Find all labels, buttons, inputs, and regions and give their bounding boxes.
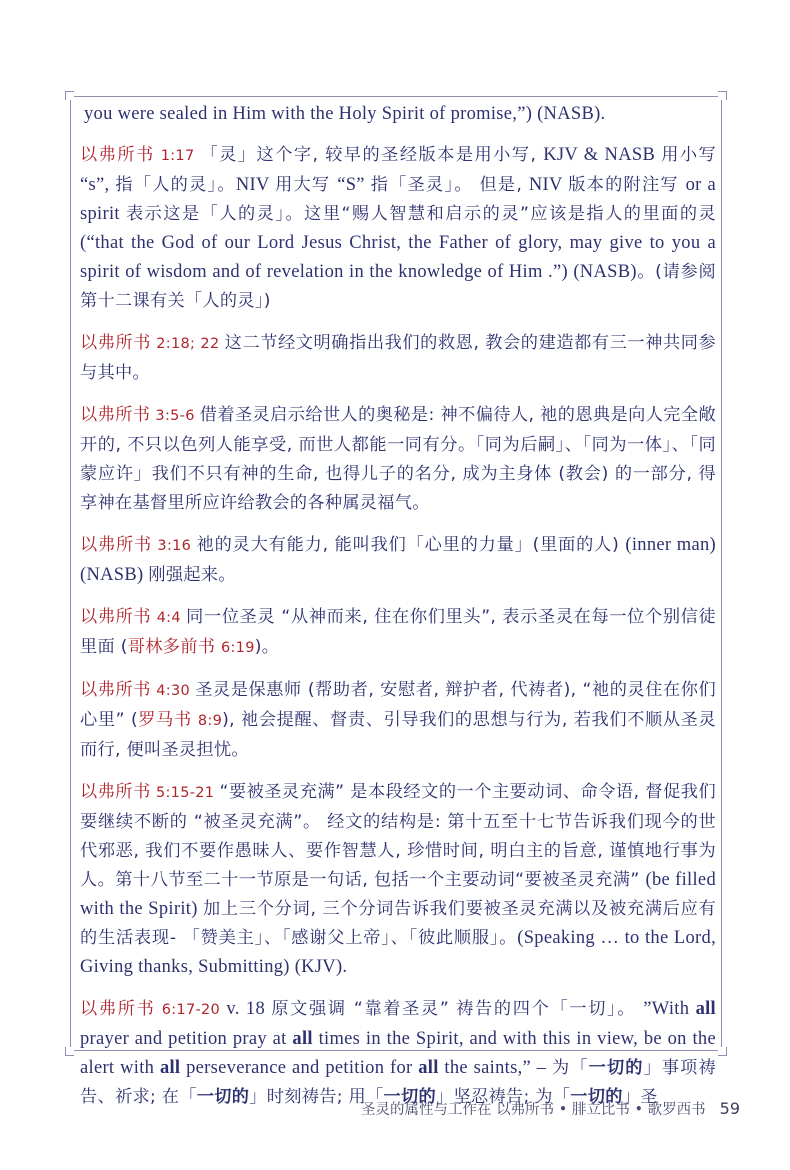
frame-corner-ornament: [718, 1047, 727, 1056]
chinese-text: 用大写: [275, 175, 337, 195]
chinese-text: 刚强起来。: [148, 565, 235, 585]
continuation-text: you were sealed in Him with the Holy Spi…: [80, 100, 716, 129]
emphasis-text: all: [160, 1058, 180, 1078]
chinese-text: 指「人的灵」。: [115, 175, 236, 195]
chinese-text: )。: [255, 637, 280, 657]
english-text: the saints,” –: [439, 1058, 552, 1078]
scripture-book: 以弗所书: [80, 607, 151, 627]
frame-corner-ornament: [718, 91, 727, 100]
frame-corner-ornament: [65, 91, 74, 100]
chinese-text: 指「圣灵」。 但是,: [371, 175, 529, 195]
scripture-book: 以弗所书: [80, 680, 151, 700]
english-text: “S”: [337, 175, 371, 195]
english-text: (“that the God of our Lord Jesus Christ,…: [80, 233, 716, 282]
commentary-entry: 以弗所书 3:16 祂的灵大有能力, 能叫我们「心里的力量」(里面的人) (in…: [80, 531, 716, 590]
commentary-entry: 以弗所书 3:5-6 借着圣灵启示给世人的奥秘是: 神不偏待人, 祂的恩典是向人…: [80, 401, 716, 518]
scripture-book: 以弗所书: [80, 535, 152, 555]
running-title: 圣灵的属性与工作在 以弗所书 • 腓立比书 • 歌罗西书: [361, 1102, 706, 1118]
scripture-reference: 4:30: [151, 683, 195, 699]
chinese-text: 祂的灵大有能力, 能叫我们「心里的力量」(里面的人): [197, 535, 626, 555]
scripture-reference: 3:16: [152, 538, 197, 554]
english-text: NIV: [236, 175, 275, 195]
commentary-entry: 以弗所书 4:30 圣灵是保惠师 (帮助者, 安慰者, 辩护者, 代祷者), “…: [80, 676, 716, 765]
chinese-text: 表示这是「人的灵」。这里“赐人智慧和启示的灵”应该是指人的里面的灵: [126, 204, 716, 224]
commentary-body: you were sealed in Him with the Holy Spi…: [80, 100, 716, 1125]
scripture-reference: 4:4: [151, 610, 186, 626]
page-footer: 圣灵的属性与工作在 以弗所书 • 腓立比书 • 歌罗西书59: [360, 1098, 740, 1119]
chinese-text: 用小写: [661, 145, 716, 165]
english-text: v. 18: [226, 999, 271, 1019]
chinese-text: 原文强调 “靠着圣灵” 祷告的四个「一切」。: [271, 999, 643, 1019]
commentary-entry: 以弗所书 5:15-21 “要被圣灵充满” 是本段经文的一个主要动词、命令语, …: [80, 778, 716, 982]
emphasis-text: 一切的: [589, 1058, 644, 1078]
page-number: 59: [720, 1099, 740, 1118]
english-text: ”With: [643, 999, 695, 1019]
scripture-reference: 6:17-20: [155, 1002, 226, 1018]
cross-reference-book: 哥林多前书: [128, 637, 221, 657]
frame-corner-ornament: [65, 1047, 74, 1056]
entry-list: 以弗所书 1:17 「灵」这个字, 较早的圣经版本是用小写, KJV & NAS…: [80, 141, 716, 1112]
commentary-entry: 以弗所书 2:18; 22 这二节经文明确指出我们的救恩, 教会的建造都有三一神…: [80, 329, 716, 388]
scripture-book: 以弗所书: [80, 405, 150, 425]
scripture-reference: 1:17: [155, 148, 201, 164]
scripture-reference: 2:18; 22: [151, 336, 225, 352]
scripture-book: 以弗所书: [80, 145, 155, 165]
english-text: “s”,: [80, 175, 115, 195]
commentary-entry: 以弗所书 4:4 同一位圣灵 “从神而来, 住在你们里头”, 表示圣灵在每一位个…: [80, 603, 716, 663]
cross-reference-verse: 8:9: [198, 713, 222, 729]
chinese-text: 版本的附注写: [568, 175, 685, 195]
scripture-reference: 3:5-6: [150, 408, 199, 424]
english-text: KJV & NASB: [543, 145, 661, 165]
cross-reference-book: 罗马书: [138, 710, 198, 730]
scripture-book: 以弗所书: [80, 333, 151, 353]
chinese-text: 为「: [552, 1058, 589, 1078]
scripture-reference: 5:15-21: [151, 785, 220, 801]
scripture-book: 以弗所书: [80, 782, 151, 802]
chinese-text: 「灵」这个字, 较早的圣经版本是用小写,: [201, 145, 544, 165]
commentary-entry: 以弗所书 1:17 「灵」这个字, 较早的圣经版本是用小写, KJV & NAS…: [80, 141, 716, 316]
english-text: prayer and petition pray at: [80, 1029, 292, 1049]
emphasis-text: all: [292, 1029, 312, 1049]
english-text: NIV: [529, 175, 568, 195]
commentary-entry: 以弗所书 6:17-20 v. 18 原文强调 “靠着圣灵” 祷告的四个「一切」…: [80, 995, 716, 1112]
english-text: perseverance and petition for: [180, 1058, 418, 1078]
cross-reference-verse: 6:19: [221, 640, 255, 656]
emphasis-text: all: [418, 1058, 438, 1078]
emphasis-text: all: [696, 999, 716, 1019]
emphasis-text: 一切的: [197, 1087, 249, 1107]
scripture-book: 以弗所书: [80, 999, 155, 1019]
